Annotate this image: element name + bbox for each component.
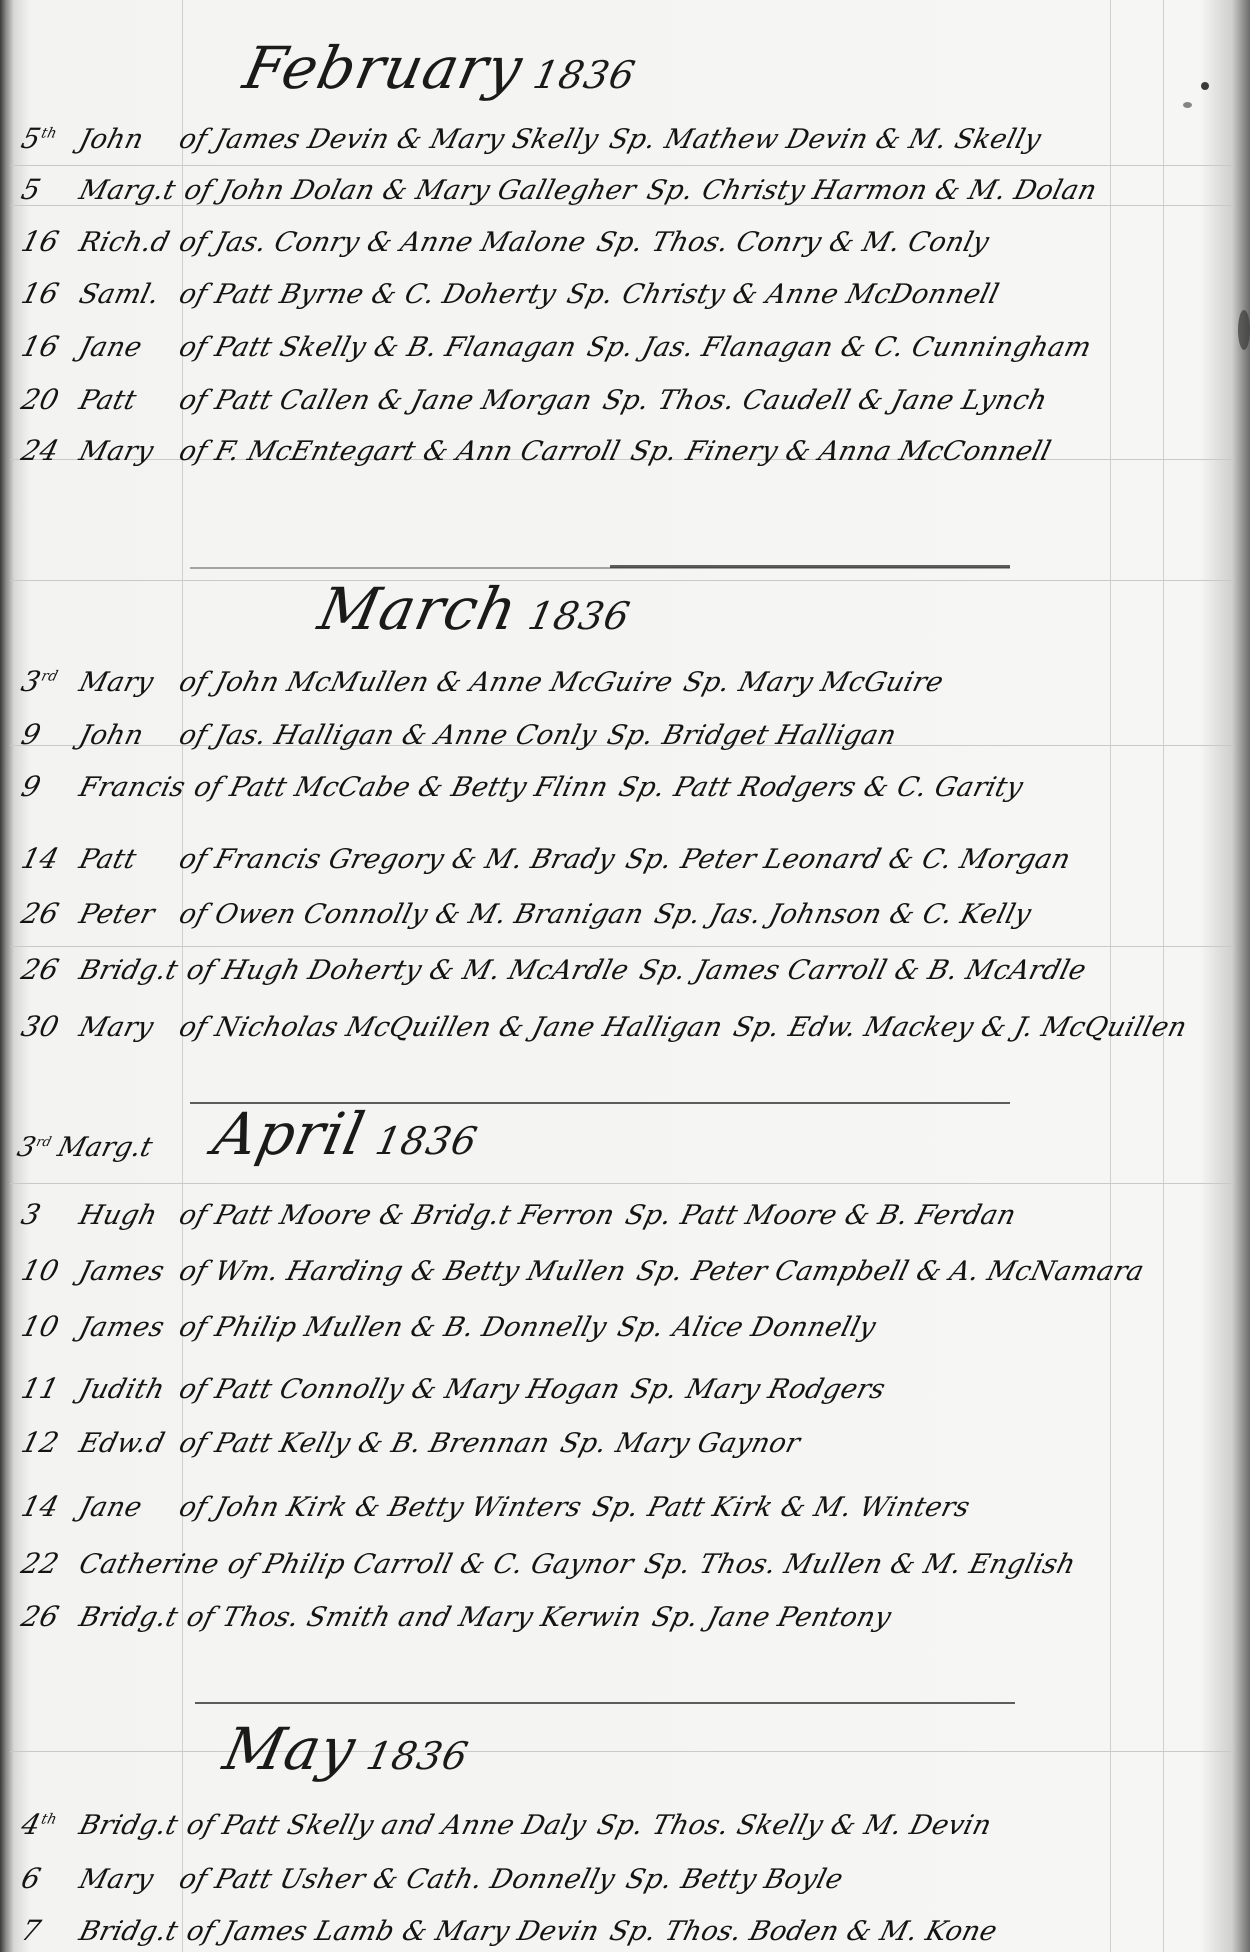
register-entry: 6Maryof Patt Usher & Cath. DonnellySp.Be… — [18, 1862, 847, 1895]
register-entry: 24Maryof F. McEntegart & Ann CarrollSp.F… — [18, 434, 1055, 467]
month-heading-may: May1836 — [218, 1715, 477, 1783]
section-divider — [195, 1702, 1015, 1704]
binding-shadow — [1238, 310, 1250, 350]
ruled-line — [10, 165, 1235, 166]
register-entry: 9Francisof Patt McCabe & Betty FlinnSp.P… — [18, 770, 1027, 803]
register-entry: 5Marg.tof John Dolan & Mary GallegherSp.… — [18, 173, 1101, 206]
register-entry: 20Pattof Patt Callen & Jane MorganSp.Tho… — [18, 383, 1051, 416]
register-entry: 12Edw.dof Patt Kelly & B. BrennanSp.Mary… — [18, 1426, 804, 1459]
month-heading-april: April1836 — [208, 1100, 486, 1168]
register-entry: 14Pattof Francis Gregory & M. BradySp.Pe… — [18, 842, 1074, 875]
column-rule — [1163, 0, 1164, 1952]
register-entry: 3Hughof Patt Moore & Bridg.t FerronSp.Pa… — [18, 1198, 1020, 1231]
register-entry: 10Jamesof Philip Mullen & B. DonnellySp.… — [18, 1310, 880, 1343]
month-heading-february: February1836 — [238, 34, 644, 102]
register-page: February1836 5thJohnof James Devin & Mar… — [0, 0, 1250, 1952]
section-divider — [610, 565, 1010, 568]
ink-spot — [1201, 82, 1209, 90]
register-entry: 4thBridg.tof Patt Skelly and Anne DalySp… — [18, 1808, 995, 1841]
register-entry: 16Janeof Patt Skelly & B. FlanaganSp.Jas… — [18, 330, 1095, 363]
ink-spot — [1183, 102, 1192, 108]
register-entry: 30Maryof Nicholas McQuillen & Jane Halli… — [18, 1010, 1191, 1043]
ruled-line — [10, 1751, 1235, 1752]
register-entry: 26Bridg.tof Thos. Smith and Mary KerwinS… — [18, 1600, 895, 1633]
register-entry: 16Saml.of Patt Byrne & C. DohertySp.Chri… — [18, 277, 1003, 310]
register-entry: 22Catherineof Philip Carroll & C. Gaynor… — [18, 1547, 1079, 1580]
register-entry: 16Rich.dof Jas. Conry & Anne MaloneSp.Th… — [18, 225, 993, 258]
column-rule — [1110, 0, 1111, 1952]
ruled-line — [10, 946, 1235, 947]
register-entry: 10Jamesof Wm. Harding & Betty MullenSp.P… — [18, 1254, 1148, 1287]
register-entry: 11Judithof Patt Connolly & Mary HoganSp.… — [18, 1372, 889, 1405]
register-entry: 26Peterof Owen Connolly & M. BraniganSp.… — [18, 897, 1035, 930]
month-heading-march: March1836 — [313, 575, 639, 643]
register-entry: 26Bridg.tof Hugh Doherty & M. McArdleSp.… — [18, 953, 1090, 986]
ruled-line — [10, 1183, 1235, 1184]
register-entry: 5thJohnof James Devin & Mary SkellySp.Ma… — [18, 122, 1045, 155]
margin-note: 3rd Marg.t — [14, 1132, 155, 1163]
register-entry: 3rdMaryof John McMullen & Anne McGuireSp… — [18, 665, 947, 698]
register-entry: 7Bridg.tof James Lamb & Mary DevinSp.Tho… — [18, 1914, 1001, 1947]
register-entry: 9Johnof Jas. Halligan & Anne ConlySp.Bri… — [18, 718, 900, 751]
register-entry: 14Janeof John Kirk & Betty WintersSp.Pat… — [18, 1490, 974, 1523]
